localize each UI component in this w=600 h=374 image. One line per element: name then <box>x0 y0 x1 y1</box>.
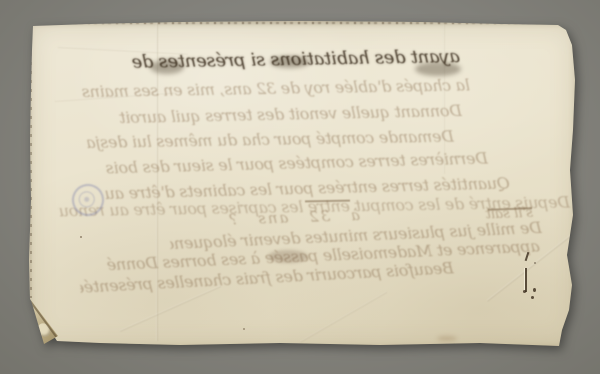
ink-blot <box>268 250 308 263</box>
stain-blotch <box>437 336 457 341</box>
photo-background: ayant des habitations si présentes de la… <box>0 0 600 374</box>
library-stamp-inner-ring <box>77 189 97 209</box>
seal-remnant-mark <box>531 296 534 299</box>
seal-remnant-mark <box>525 268 527 292</box>
ink-blot <box>415 62 461 76</box>
stain-speck <box>243 328 245 330</box>
ink-blot <box>150 60 184 74</box>
manuscript-paper: ayant des habitations si présentes de la… <box>0 0 600 374</box>
paper-deckle-edge-left <box>30 26 32 298</box>
seal-remnant-mark <box>523 290 526 293</box>
seal-remnant-mark <box>533 288 536 292</box>
ink-blot <box>270 56 310 68</box>
paper-sheet: ayant des habitations si présentes de la… <box>28 21 578 348</box>
paper-deckle-edge-top <box>32 22 560 24</box>
seal-remnant-mark <box>534 262 536 264</box>
stain-speck <box>80 236 82 238</box>
